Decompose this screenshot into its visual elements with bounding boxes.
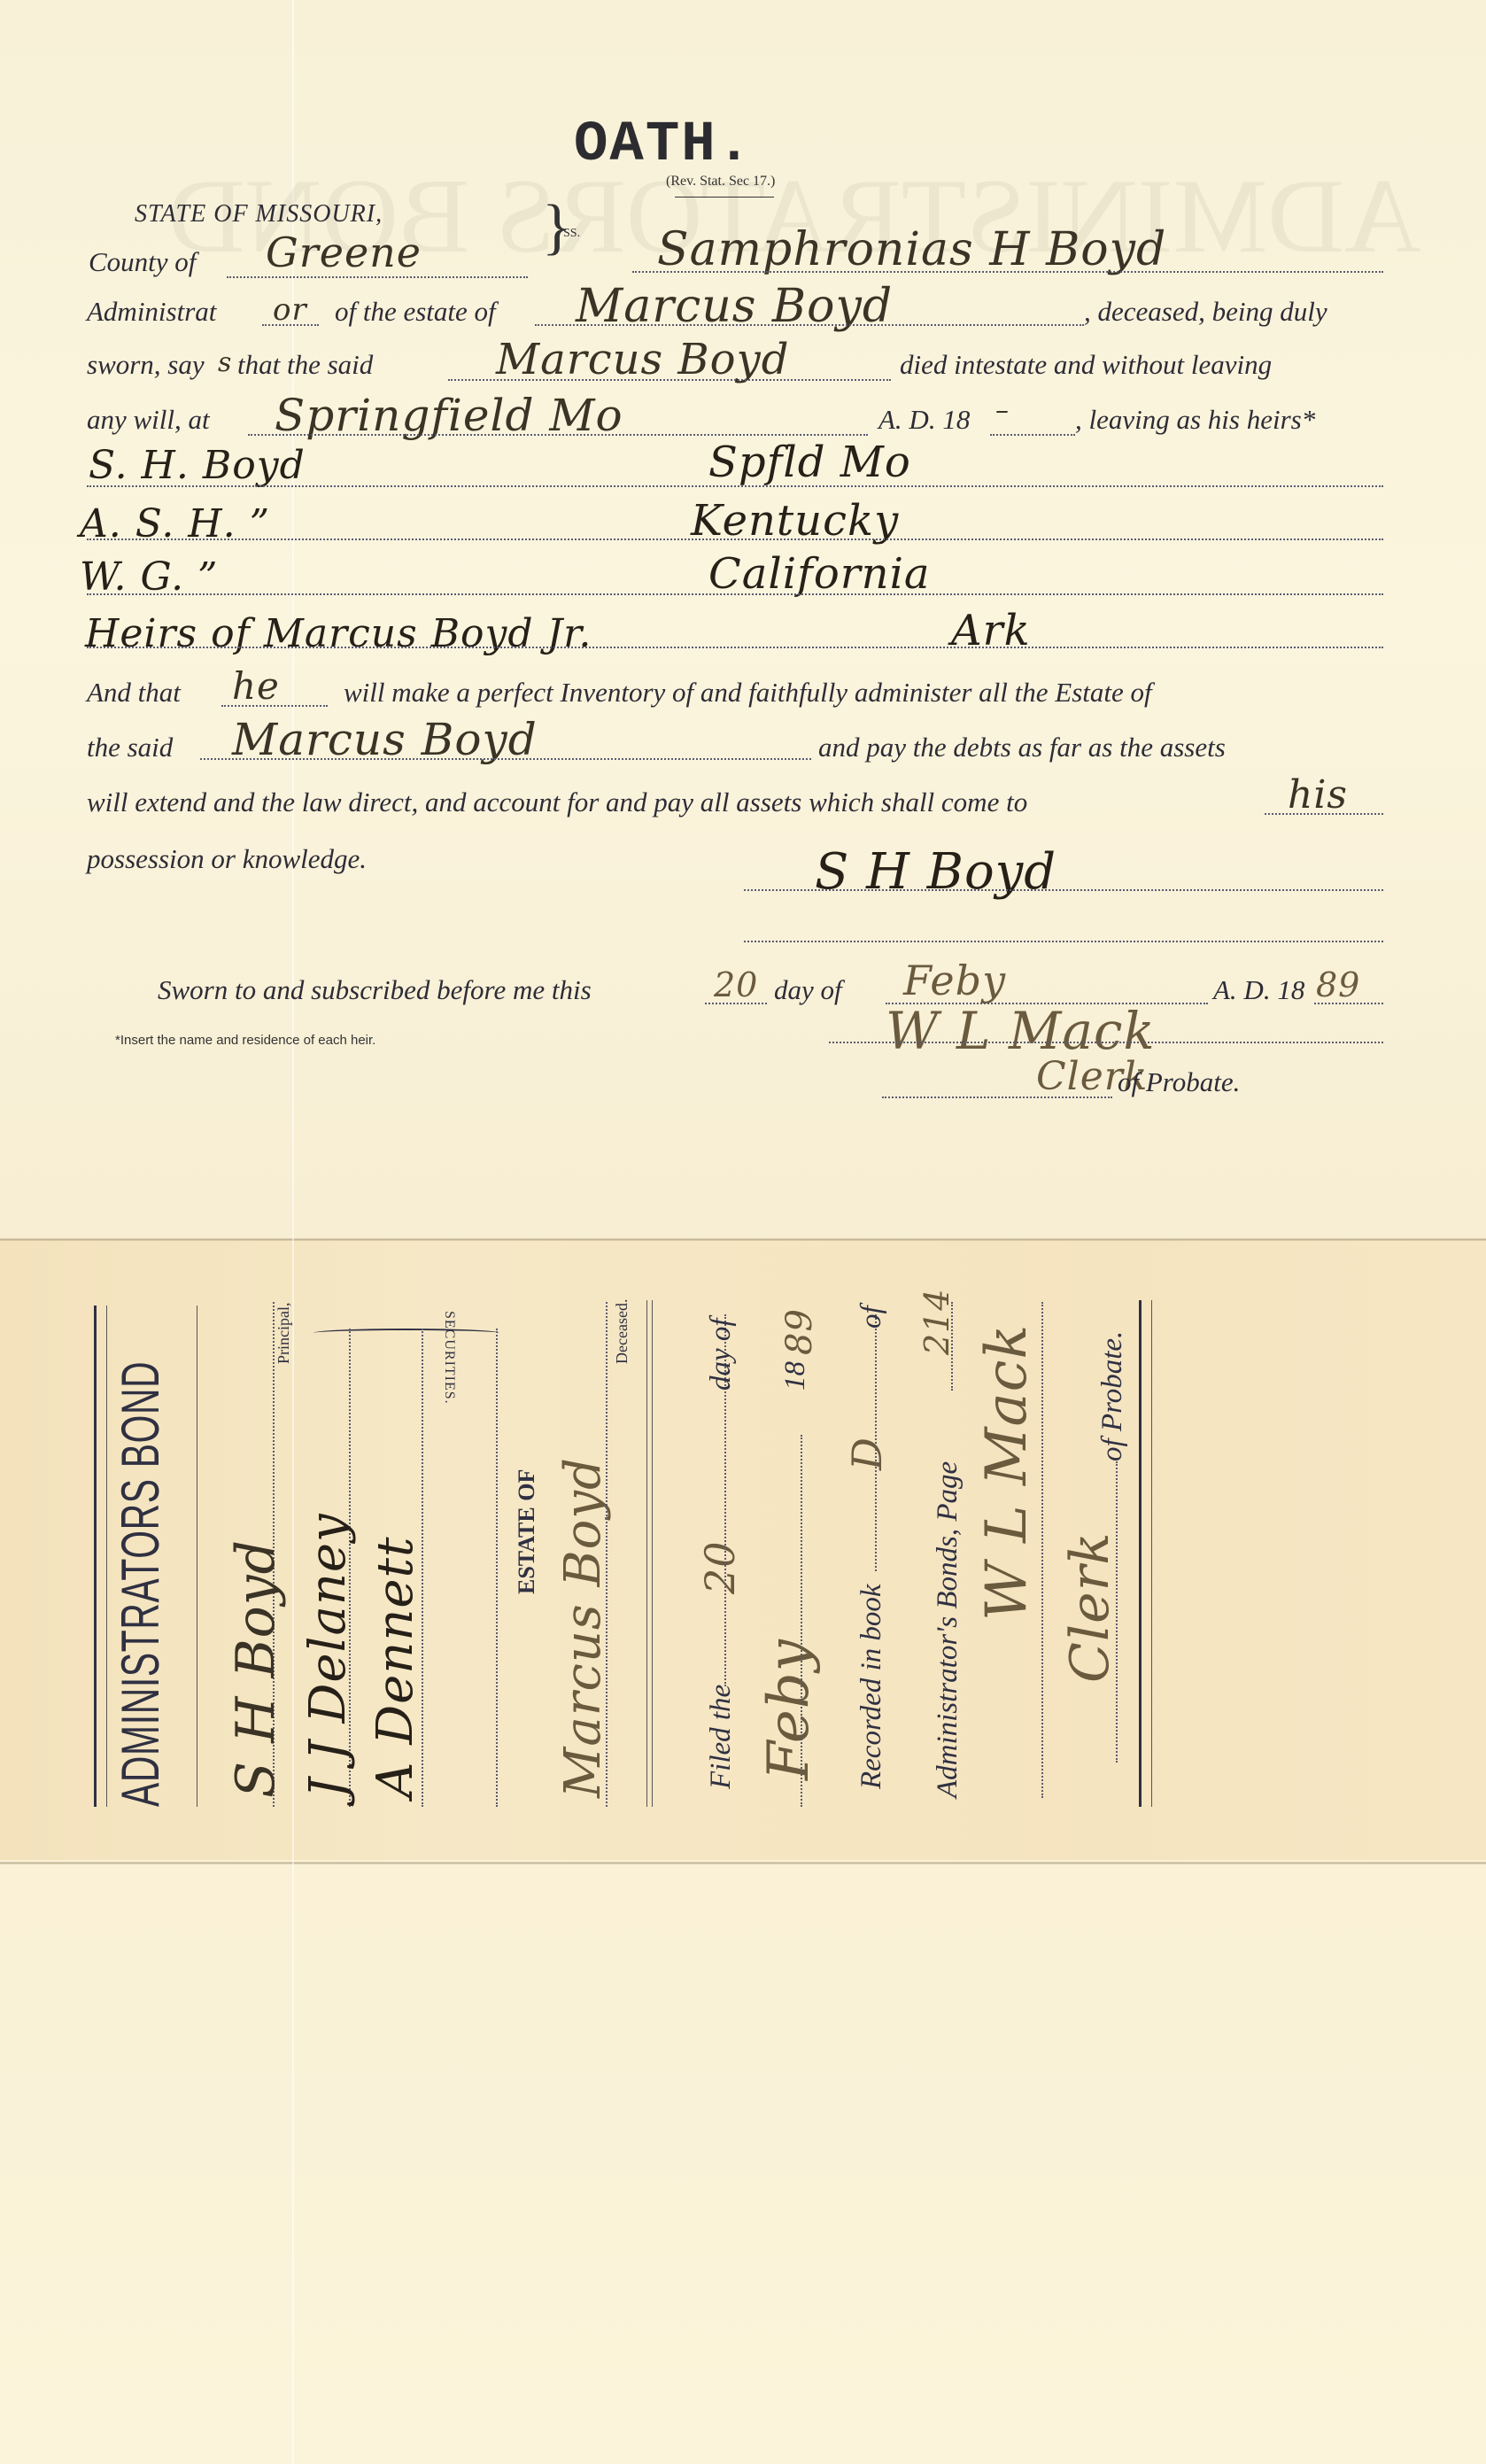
filed-year: 89 — [779, 1308, 820, 1355]
statute-reference: (Rev. Stat. Sec 17.) — [666, 174, 775, 190]
filed-day: 20 — [696, 1540, 744, 1594]
extend-text: will extend and the law direct, and acco… — [87, 786, 1027, 818]
county-label: County of — [89, 246, 196, 278]
possessive-value: his — [1288, 772, 1348, 817]
month-value: Feby — [903, 957, 1006, 1004]
heir-residence: California — [708, 549, 931, 599]
docket-clerk-signature: W L Mack — [974, 1324, 1040, 1621]
day-of-label: day of — [705, 1318, 738, 1391]
principal-name: S H Boyd — [225, 1539, 287, 1798]
docket-clerk-title: Clerk — [1059, 1531, 1121, 1683]
deceased-text: , deceased, being duly — [1084, 296, 1327, 328]
decedent-name-2: Marcus Boyd — [496, 335, 789, 384]
pronoun-value: he — [232, 664, 280, 708]
heir-name: S. H. Boyd — [89, 443, 306, 488]
inventory-text: will make a perfect Inventory of and fai… — [344, 677, 1152, 709]
year-suffix: 89 — [1316, 965, 1360, 1004]
deceased-label: Deceased. — [613, 1299, 631, 1364]
affiant-signature: S H Boyd — [815, 843, 1056, 901]
of-probate-label: of Probate. — [1118, 1066, 1240, 1098]
that-the-said: that the said — [237, 349, 373, 381]
sworn-label: sworn, say — [87, 349, 205, 381]
possession-text: possession or knowledge. — [87, 843, 367, 875]
filed-the-label: Filed the — [705, 1685, 738, 1789]
securities-label: SECURITIES. — [441, 1311, 457, 1405]
book-value: D — [843, 1437, 891, 1470]
ad-18-label: A. D. 18 — [878, 404, 970, 436]
page-title: OATH. — [574, 113, 753, 177]
leaving-heirs-text: , leaving as his heirs* — [1075, 404, 1315, 436]
affiant-name: Samphronias H Boyd — [657, 223, 1166, 276]
security-name: J J Delaney — [299, 1513, 357, 1798]
fold-line-top — [0, 1238, 1486, 1241]
footnote: *Insert the name and residence of each h… — [115, 1033, 375, 1048]
estate-of-label: of the estate of — [335, 296, 496, 328]
docket-decedent: Marcus Boyd — [554, 1457, 612, 1798]
pay-debts-text: and pay the debts as far as the assets — [818, 732, 1226, 763]
sworn-to-text: Sworn to and subscribed before me this — [158, 974, 592, 1006]
principal-label: Principal, — [275, 1303, 293, 1365]
security-name: A Dennett — [367, 1536, 424, 1798]
ss-label: SS. — [563, 227, 580, 241]
the-said-label: the said — [87, 732, 173, 763]
year-prefix: 18 — [779, 1361, 812, 1391]
bonds-page-label: Administrator's Bonds, Page — [932, 1461, 964, 1798]
clerk-signature: W L Mack — [886, 1001, 1156, 1061]
admin-label: Administrat — [87, 296, 216, 328]
and-that-label: And that — [87, 677, 181, 709]
docket-title: ADMINISTRATORS BOND — [110, 1361, 171, 1807]
any-will-label: any will, at — [87, 404, 210, 436]
state-label: STATE OF MISSOURI, — [135, 200, 383, 229]
day-of-label: day of — [774, 974, 842, 1006]
docket-of-probate: of Probate. — [1096, 1331, 1129, 1461]
estate-of-label: ESTATE OF — [514, 1469, 540, 1594]
ad-label: A. D. 18 — [1213, 974, 1304, 1006]
heir-name: Heirs of Marcus Boyd Jr. — [85, 611, 592, 656]
securities-brace — [313, 1329, 499, 1337]
ad-year-fill: – — [995, 395, 1010, 426]
of-label: of — [855, 1306, 888, 1329]
fold-line-bottom — [0, 1862, 1486, 1864]
recorded-in-book-label: Recorded in book — [855, 1584, 888, 1789]
admin-suffix: or — [273, 292, 307, 328]
filed-month: Feby — [756, 1639, 822, 1780]
sworn-s: s — [218, 347, 232, 378]
county-value: Greene — [266, 229, 422, 276]
blank-lower-page — [0, 1860, 1486, 2464]
died-text: died intestate and without leaving — [900, 349, 1272, 381]
day-value: 20 — [714, 965, 758, 1004]
title-rule — [675, 197, 774, 198]
heir-residence: Spfld Mo — [708, 438, 911, 487]
